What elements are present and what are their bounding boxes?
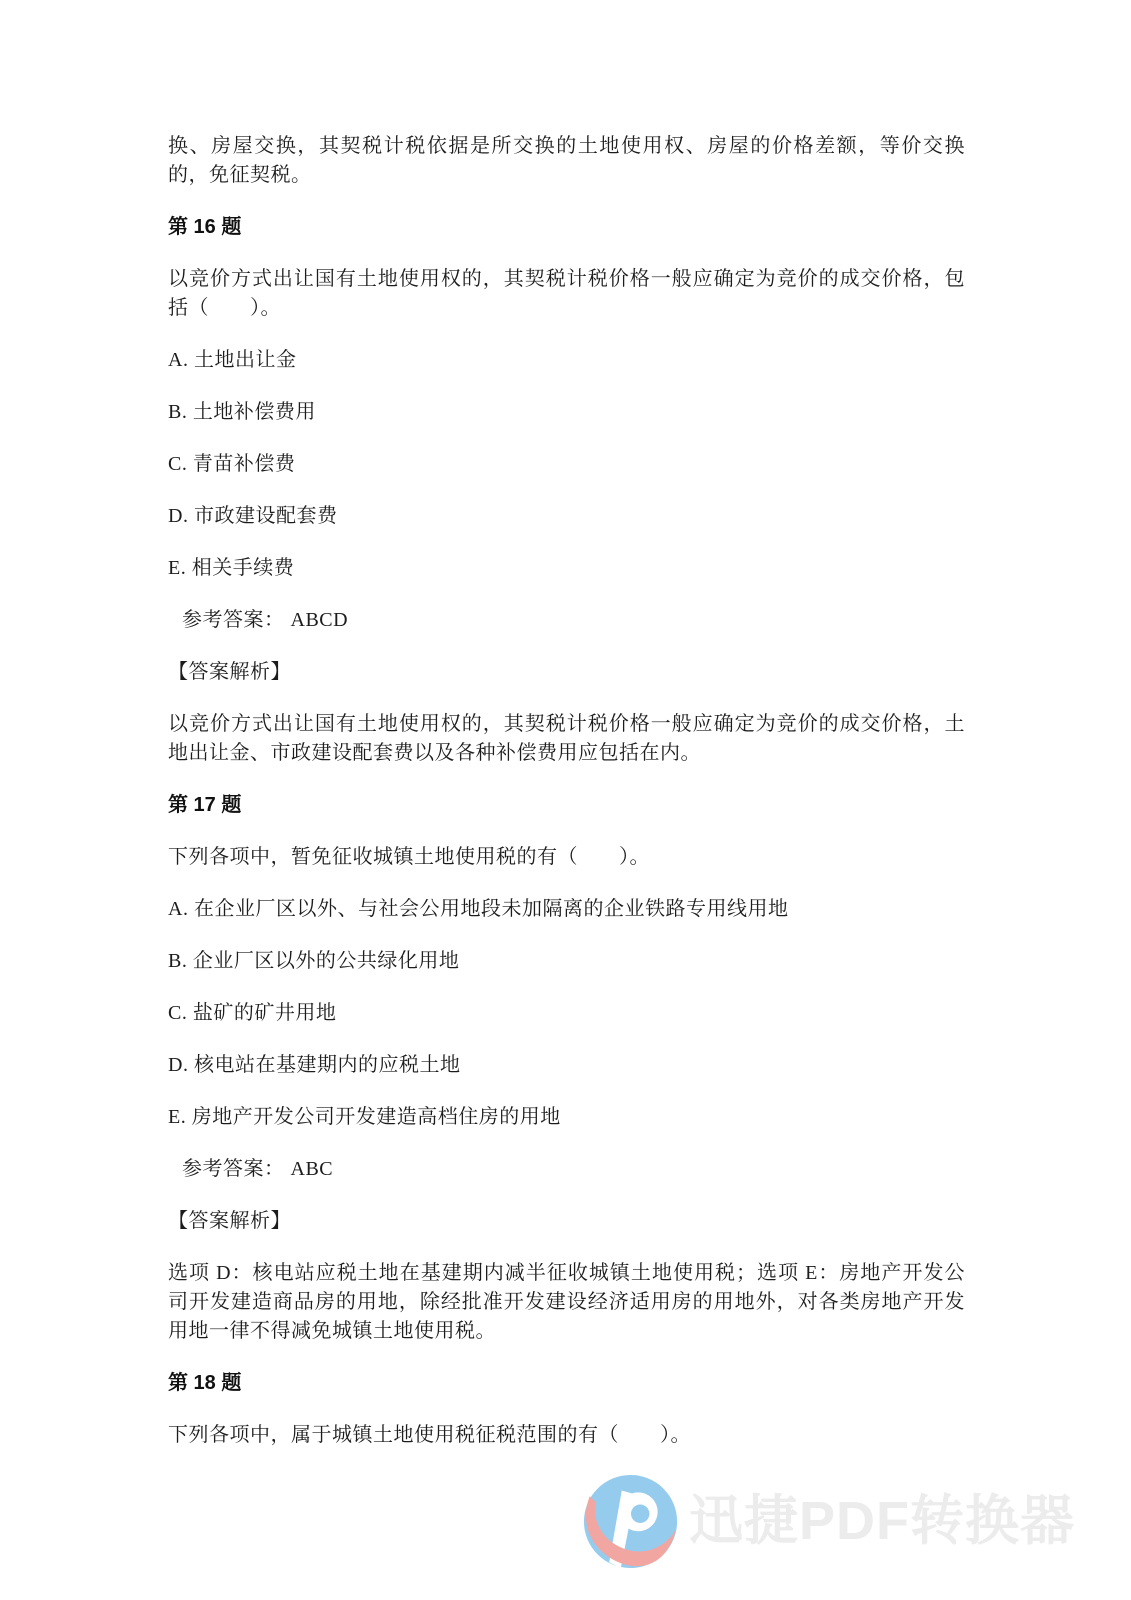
question-16-stem: 以竞价方式出让国有土地使用权的，其契税计税价格一般应确定为竞价的成交价格，包括（…	[168, 265, 965, 323]
question-16-reference-answer: 参考答案：ABCD	[168, 606, 965, 635]
question-18: 第 18 题 下列各项中，属于城镇土地使用税征税范围的有（ ）。	[168, 1369, 965, 1450]
question-16-title: 第 16 题	[168, 213, 965, 242]
watermark: 迅捷PDF转换器	[582, 1470, 1075, 1572]
answer-label: 参考答案：	[182, 609, 285, 631]
intro-paragraph: 换、房屋交换，其契税计税依据是所交换的土地使用权、房屋的价格差额，等价交换的，免…	[168, 132, 965, 190]
watermark-text: 迅捷PDF转换器	[689, 1494, 1075, 1548]
question-17-option-b: B. 企业厂区以外的公共绿化用地	[168, 947, 965, 976]
question-16-option-c: C. 青苗补偿费	[168, 450, 965, 479]
answer-value: ABCD	[285, 609, 349, 631]
answer-value: ABC	[285, 1158, 334, 1180]
question-17: 第 17 题 下列各项中，暂免征收城镇土地使用税的有（ ）。 A. 在企业厂区以…	[168, 791, 965, 1346]
question-17-stem: 下列各项中，暂免征收城镇土地使用税的有（ ）。	[168, 843, 965, 872]
question-17-option-c: C. 盐矿的矿井用地	[168, 999, 965, 1028]
question-18-title: 第 18 题	[168, 1369, 965, 1398]
answer-label: 参考答案：	[182, 1158, 285, 1180]
question-17-option-e: E. 房地产开发公司开发建造高档住房的用地	[168, 1103, 965, 1132]
page-content: 换、房屋交换，其契税计税依据是所交换的土地使用权、房屋的价格差额，等价交换的，免…	[168, 132, 965, 1473]
xunjie-pdf-converter-logo-icon	[582, 1473, 679, 1570]
question-17-analysis-text: 选项 D：核电站应税土地在基建期内减半征收城镇土地使用税；选项 E：房地产开发公…	[168, 1259, 965, 1346]
question-17-title: 第 17 题	[168, 791, 965, 820]
question-16-option-e: E. 相关手续费	[168, 554, 965, 583]
question-17-option-a: A. 在企业厂区以外、与社会公用地段未加隔离的企业铁路专用线用地	[168, 895, 965, 924]
question-16-option-b: B. 土地补偿费用	[168, 398, 965, 427]
question-16-option-a: A. 土地出让金	[168, 346, 965, 375]
question-16-option-d: D. 市政建设配套费	[168, 502, 965, 531]
question-16-analysis-title: 【答案解析】	[168, 658, 965, 687]
pdf-page: 换、房屋交换，其契税计税依据是所交换的土地使用权、房屋的价格差额，等价交换的，免…	[0, 0, 1131, 1600]
question-16-analysis-text: 以竞价方式出让国有土地使用权的，其契税计税价格一般应确定为竞价的成交价格，土地出…	[168, 710, 965, 768]
question-18-stem: 下列各项中，属于城镇土地使用税征税范围的有（ ）。	[168, 1421, 965, 1450]
question-16: 第 16 题 以竞价方式出让国有土地使用权的，其契税计税价格一般应确定为竞价的成…	[168, 213, 965, 768]
question-17-analysis-title: 【答案解析】	[168, 1207, 965, 1236]
question-17-reference-answer: 参考答案：ABC	[168, 1155, 965, 1184]
question-17-option-d: D. 核电站在基建期内的应税土地	[168, 1051, 965, 1080]
